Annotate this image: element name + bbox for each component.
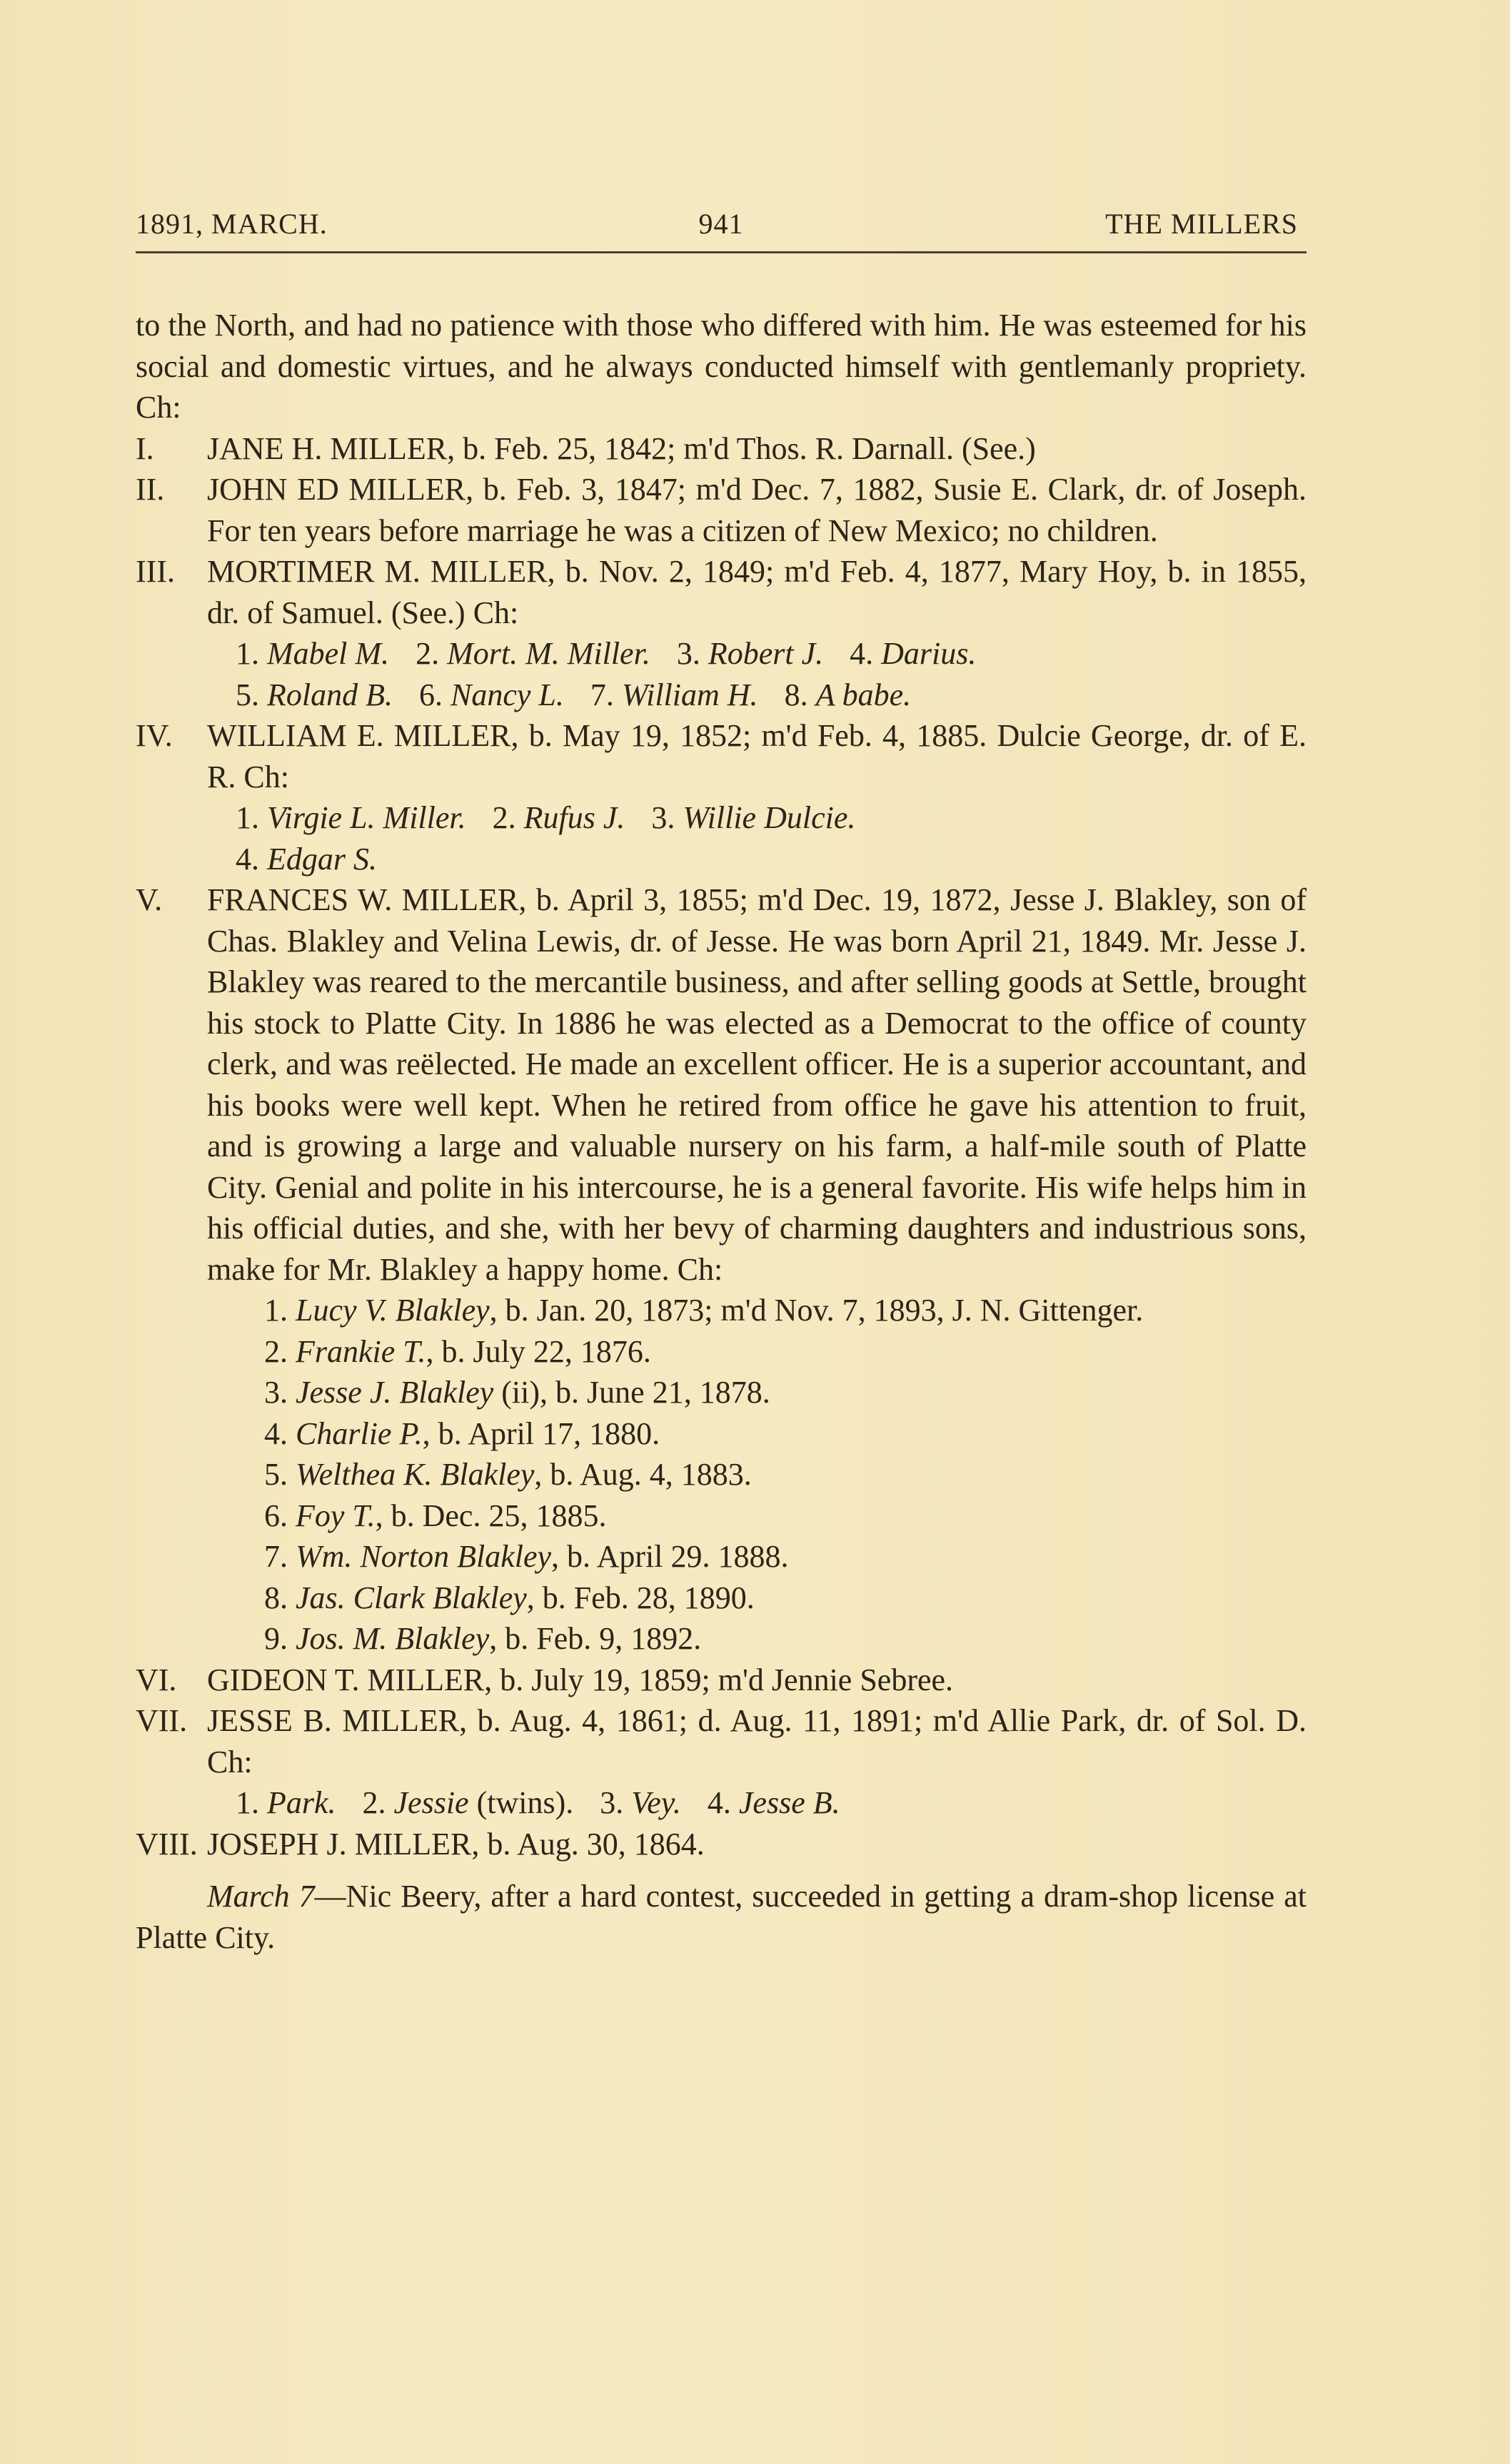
entry-numeral: IV. [136, 715, 207, 757]
entry-iv: IV.WILLIAM E. MILLER, b. May 19, 1852; m… [136, 715, 1307, 797]
child-item: 4. Darius. [850, 636, 976, 671]
child-item: 1. Mabel M. [236, 636, 389, 671]
children-line: 1. Mabel M. 2. Mort. M. Miller. 3. Rober… [136, 633, 1307, 675]
child-entry: 7. Wm. Norton Blakley, b. April 29. 1888… [136, 1536, 1307, 1577]
entry-viii: VIII.JOSEPH J. MILLER, b. Aug. 30, 1864. [136, 1824, 1307, 1865]
body-text: to the North, and had no patience with t… [136, 305, 1307, 1958]
children-line: 1. Park. 2. Jessie (twins). 3. Vey. 4. J… [136, 1782, 1307, 1824]
child-entry: 9. Jos. M. Blakley, b. Feb. 9, 1892. [136, 1618, 1307, 1660]
children-line: 5. Roland B. 6. Nancy L. 7. William H. 8… [136, 675, 1307, 716]
page-number: 941 [699, 207, 744, 241]
child-item: 1. Park. [236, 1785, 336, 1820]
entry-v: V.FRANCES W. MILLER, b. April 3, 1855; m… [136, 879, 1307, 1290]
entry-name: JOSEPH J. MILLER [207, 1827, 471, 1862]
entry-name: GIDEON T. MILLER [207, 1662, 484, 1697]
entry-name: WILLIAM E. MILLER [207, 718, 511, 753]
entry-iii: III.MORTIMER M. MILLER, b. Nov. 2, 1849;… [136, 551, 1307, 633]
child-item: 5. Roland B. [236, 677, 393, 712]
running-head: 1891, MARCH. 941 THE MILLERS [136, 207, 1307, 247]
entry-numeral: I. [136, 428, 207, 470]
entry-text: , b. Feb. 25, 1842; m'd Thos. R. Darnall… [447, 431, 1036, 466]
running-head-date: 1891, MARCH. [136, 207, 328, 241]
child-entry: 1. Lucy V. Blakley, b. Jan. 20, 1873; m'… [136, 1290, 1307, 1331]
entry-i: I.JANE H. MILLER, b. Feb. 25, 1842; m'd … [136, 428, 1307, 470]
child-item: 1. Virgie L. Miller. [236, 800, 466, 835]
child-item: 2. Mort. M. Miller. [416, 636, 650, 671]
closing-date: March 7 [207, 1879, 315, 1914]
child-item: 3. Robert J. [677, 636, 823, 671]
child-item: 2. Rufus J. [493, 800, 625, 835]
child-entry: 3. Jesse J. Blakley (ii), b. June 21, 18… [136, 1372, 1307, 1413]
child-item: 4. Jesse B. [708, 1785, 840, 1820]
entry-numeral: VII. [136, 1700, 207, 1742]
entry-name: JANE H. MILLER [207, 431, 447, 466]
children-line: 1. Virgie L. Miller. 2. Rufus J. 3. Will… [136, 797, 1307, 839]
entry-text: , b. Aug. 30, 1864. [471, 1827, 704, 1862]
entry-name: FRANCES W. MILLER [207, 882, 518, 917]
entry-numeral: V. [136, 879, 207, 921]
child-entry: 5. Welthea K. Blakley, b. Aug. 4, 1883. [136, 1454, 1307, 1495]
entry-text: , b. April 3, 1855; m'd Dec. 19, 1872, J… [207, 882, 1307, 1287]
child-entry: 6. Foy T., b. Dec. 25, 1885. [136, 1495, 1307, 1537]
closing-paragraph: March 7—Nic Beery, after a hard contest,… [136, 1876, 1307, 1958]
running-head-title: THE MILLERS [1105, 207, 1298, 241]
child-item: 7. William H. [590, 677, 758, 712]
child-item: 3. Vey. [600, 1785, 681, 1820]
entry-name: JESSE B. MILLER [207, 1703, 459, 1738]
entry-name: MORTIMER M. MILLER [207, 554, 548, 589]
child-entry: 8. Jas. Clark Blakley, b. Feb. 28, 1890. [136, 1577, 1307, 1619]
child-item: 2. Jessie (twins). [363, 1785, 574, 1820]
entry-vii: VII.JESSE B. MILLER, b. Aug. 4, 1861; d.… [136, 1700, 1307, 1782]
entry-numeral: VIII. [136, 1824, 207, 1865]
entry-numeral: III. [136, 551, 207, 592]
child-item: 8. A babe. [785, 677, 912, 712]
entry-numeral: II. [136, 469, 207, 510]
child-entry: 4. Charlie P., b. April 17, 1880. [136, 1413, 1307, 1455]
entry-numeral: VI. [136, 1660, 207, 1701]
entry-ii: II.JOHN ED MILLER, b. Feb. 3, 1847; m'd … [136, 469, 1307, 551]
blakley-children-list: 1. Lucy V. Blakley, b. Jan. 20, 1873; m'… [136, 1290, 1307, 1660]
child-item: 4. Edgar S. [236, 842, 377, 877]
children-line: 4. Edgar S. [136, 839, 1307, 880]
entry-name: JOHN ED MILLER [207, 472, 465, 507]
entry-text: , b. July 19, 1859; m'd Jennie Sebree. [484, 1662, 953, 1697]
child-entry: 2. Frankie T., b. July 22, 1876. [136, 1331, 1307, 1373]
entry-vi: VI.GIDEON T. MILLER, b. July 19, 1859; m… [136, 1660, 1307, 1701]
child-item: 6. Nancy L. [419, 677, 564, 712]
book-page: 1891, MARCH. 941 THE MILLERS to the Nort… [136, 207, 1307, 1989]
child-item: 3. Willie Dulcie. [651, 800, 855, 835]
intro-paragraph: to the North, and had no patience with t… [136, 305, 1307, 428]
header-rule [136, 251, 1307, 253]
